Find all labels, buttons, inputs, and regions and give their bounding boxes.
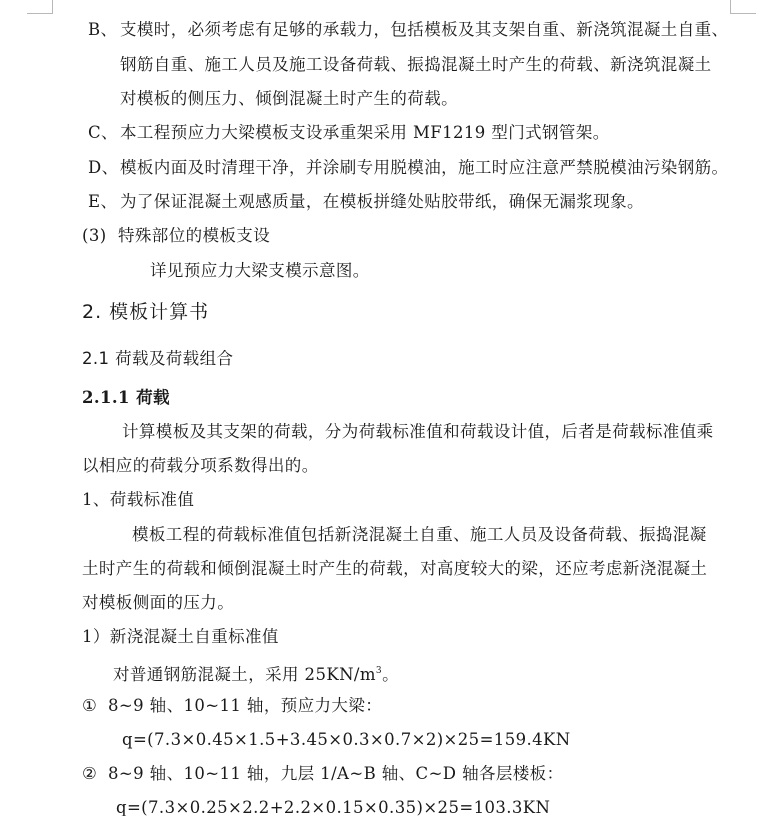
sub-1-body-suffix: 。 [382,665,399,684]
sub-1-title: 1）新浇混凝土自重标准值 [82,627,279,647]
case-2-marker: ② [82,764,108,784]
item-b-line-2: 钢筋自重、施工人员及施工设备荷载、振捣混凝土时产生的荷载、新浇筑混凝土 [120,55,712,75]
subsection-3-title: 特殊部位的模板支设 [118,226,270,245]
item-b-text-1: 支模时，必须考虑有足够的承载力，包括模板及其支架自重、新浇筑混凝土自重、 [120,20,728,39]
subsection-3-marker: (3) [82,226,118,246]
case-1-formula: q=(7.3×0.45×1.5+3.45×0.3×0.7×2)×25=159.4… [122,730,571,750]
case-1-marker: ① [82,696,108,716]
para-2-line-2: 土时产生的荷载和倾倒混凝土时产生的荷载，对高度较大的梁，还应考虑新浇混凝土 [82,559,707,579]
item-b-marker: B、 [88,20,120,40]
item-b-line-3: 对模板的侧压力、倾倒混凝土时产生的荷载。 [120,89,458,109]
para-1-line-2: 以相应的荷载分项系数得出的。 [82,456,319,476]
case-1-title-text: 8~9 轴、10~11 轴，预应力大梁： [108,696,382,715]
item-1-title: 1、荷载标准值 [82,490,194,510]
case-2-formula: q=(7.3×0.25×2.2+2.2×0.15×0.35)×25=103.3K… [116,798,550,816]
heading-2-1: 2.1 荷载及荷载组合 [82,349,233,369]
heading-2-1-1: 2.1.1 荷载 [82,388,170,408]
page-corner-mark-left [27,0,53,14]
case-2-title: ②8~9 轴、10~11 轴，九层 1/A~B 轴、C~D 轴各层楼板： [82,764,563,784]
item-d-line: D、模板内面及时清理干净，并涂刷专用脱模油，施工时应注意严禁脱模油污染钢筋。 [88,158,728,178]
item-d-text: 模板内面及时清理干净，并涂刷专用脱模油，施工时应注意严禁脱模油污染钢筋。 [120,158,728,177]
para-2-line-1: 模板工程的荷载标准值包括新浇混凝土自重、施工人员及设备荷载、振捣混凝 [132,525,707,545]
item-e-line: E、为了保证混凝土观感质量，在模板拼缝处贴胶带纸，确保无漏浆现象。 [88,192,644,212]
item-d-marker: D、 [88,158,120,178]
sub-1-body: 对普通钢筋混凝土，采用 25KN/m3。 [113,661,399,685]
item-e-marker: E、 [88,192,120,212]
item-c-line: C、本工程预应力大梁模板支设承重架采用 MF1219 型门式钢管架。 [88,123,610,143]
item-e-text: 为了保证混凝土观感质量，在模板拼缝处贴胶带纸，确保无漏浆现象。 [120,192,644,211]
sub-1-body-text: 对普通钢筋混凝土，采用 25KN/m [113,665,376,684]
case-2-title-text: 8~9 轴、10~11 轴，九层 1/A~B 轴、C~D 轴各层楼板： [108,764,563,783]
item-b-line-1: B、支模时，必须考虑有足够的承载力，包括模板及其支架自重、新浇筑混凝土自重、 [88,20,728,40]
item-c-marker: C、 [88,123,120,143]
para-2-line-3: 对模板侧面的压力。 [82,593,234,613]
subsection-3-body: 详见预应力大梁支模示意图。 [150,261,370,281]
subsection-3-heading: (3)特殊部位的模板支设 [82,226,270,246]
case-1-title: ①8~9 轴、10~11 轴，预应力大梁： [82,696,382,716]
page-corner-mark-right [730,0,756,14]
heading-2: 2. 模板计算书 [82,302,209,322]
item-c-text: 本工程预应力大梁模板支设承重架采用 MF1219 型门式钢管架。 [120,123,610,142]
para-1-line-1: 计算模板及其支架的荷载，分为荷载标准值和荷载设计值，后者是荷载标准值乘 [122,422,714,442]
